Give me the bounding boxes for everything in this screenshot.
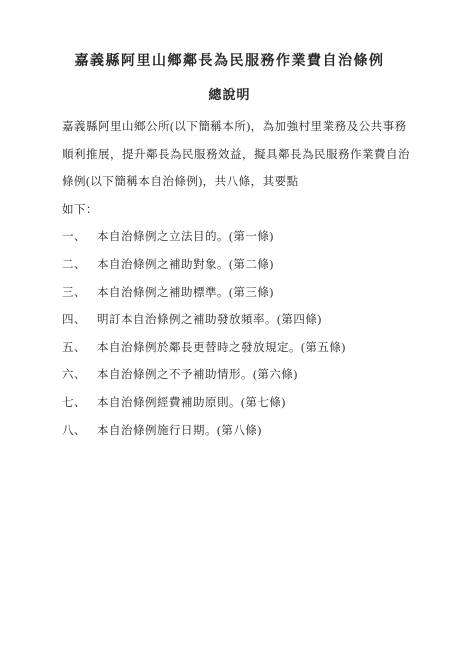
item-text: 本自治條例施行日期。(第八條) <box>97 425 262 437</box>
document-subtitle: 總說明 <box>56 85 403 105</box>
item-number: 六、 <box>62 362 86 390</box>
list-item: 二、本自治條例之補助對象。(第二條) <box>62 252 403 280</box>
list-item: 六、本自治條例之不予補助情形。(第六條) <box>62 362 403 390</box>
item-number: 七、 <box>62 390 86 418</box>
summary-list: 一、本自治條例之立法目的。(第一條) 二、本自治條例之補助對象。(第二條) 三、… <box>62 224 403 445</box>
item-text: 本自治條例於鄰長更替時之發放規定。(第五條) <box>97 342 346 354</box>
list-item: 七、本自治條例經費補助原則。(第七條) <box>62 390 403 418</box>
list-item: 八、本自治條例施行日期。(第八條) <box>62 418 403 446</box>
item-number: 三、 <box>62 280 86 308</box>
list-item: 五、本自治條例於鄰長更替時之發放規定。(第五條) <box>62 335 403 363</box>
document-title: 嘉義縣阿里山鄉鄰長為民服務作業費自治條例 <box>56 52 403 72</box>
item-number: 五、 <box>62 335 86 363</box>
item-text: 本自治條例之立法目的。(第一條) <box>97 231 274 243</box>
intro-paragraph: 嘉義縣阿里山鄉公所(以下簡稱本所)，為加強村里業務及公共事務 順利推展，提升鄰長… <box>62 114 403 224</box>
item-text: 明訂本自治條例之補助發放頻率。(第四條) <box>97 314 322 326</box>
item-text: 本自治條例之補助對象。(第二條) <box>97 259 274 271</box>
paragraph-line: 嘉義縣阿里山鄉公所(以下簡稱本所)，為加強村里業務及公共事務 <box>62 114 403 142</box>
list-item: 四、明訂本自治條例之補助發放頻率。(第四條) <box>62 307 403 335</box>
paragraph-line: 條例(以下簡稱本自治條例)，共八條，其要點 <box>62 169 403 197</box>
item-number: 八、 <box>62 418 86 446</box>
item-text: 本自治條例經費補助原則。(第七條) <box>97 397 286 409</box>
list-item: 三、本自治條例之補助標準。(第三條) <box>62 280 403 308</box>
item-number: 四、 <box>62 307 86 335</box>
item-text: 本自治條例之補助標準。(第三條) <box>97 287 274 299</box>
item-number: 二、 <box>62 252 86 280</box>
paragraph-line: 順利推展，提升鄰長為民服務效益，擬具鄰長為民服務作業費自治 <box>62 142 403 170</box>
item-number: 一、 <box>62 224 86 252</box>
paragraph-line: 如下： <box>62 197 403 225</box>
list-item: 一、本自治條例之立法目的。(第一條) <box>62 224 403 252</box>
item-text: 本自治條例之不予補助情形。(第六條) <box>97 369 298 381</box>
document-page: 嘉義縣阿里山鄉鄰長為民服務作業費自治條例 總說明 嘉義縣阿里山鄉公所(以下簡稱本… <box>0 0 461 652</box>
